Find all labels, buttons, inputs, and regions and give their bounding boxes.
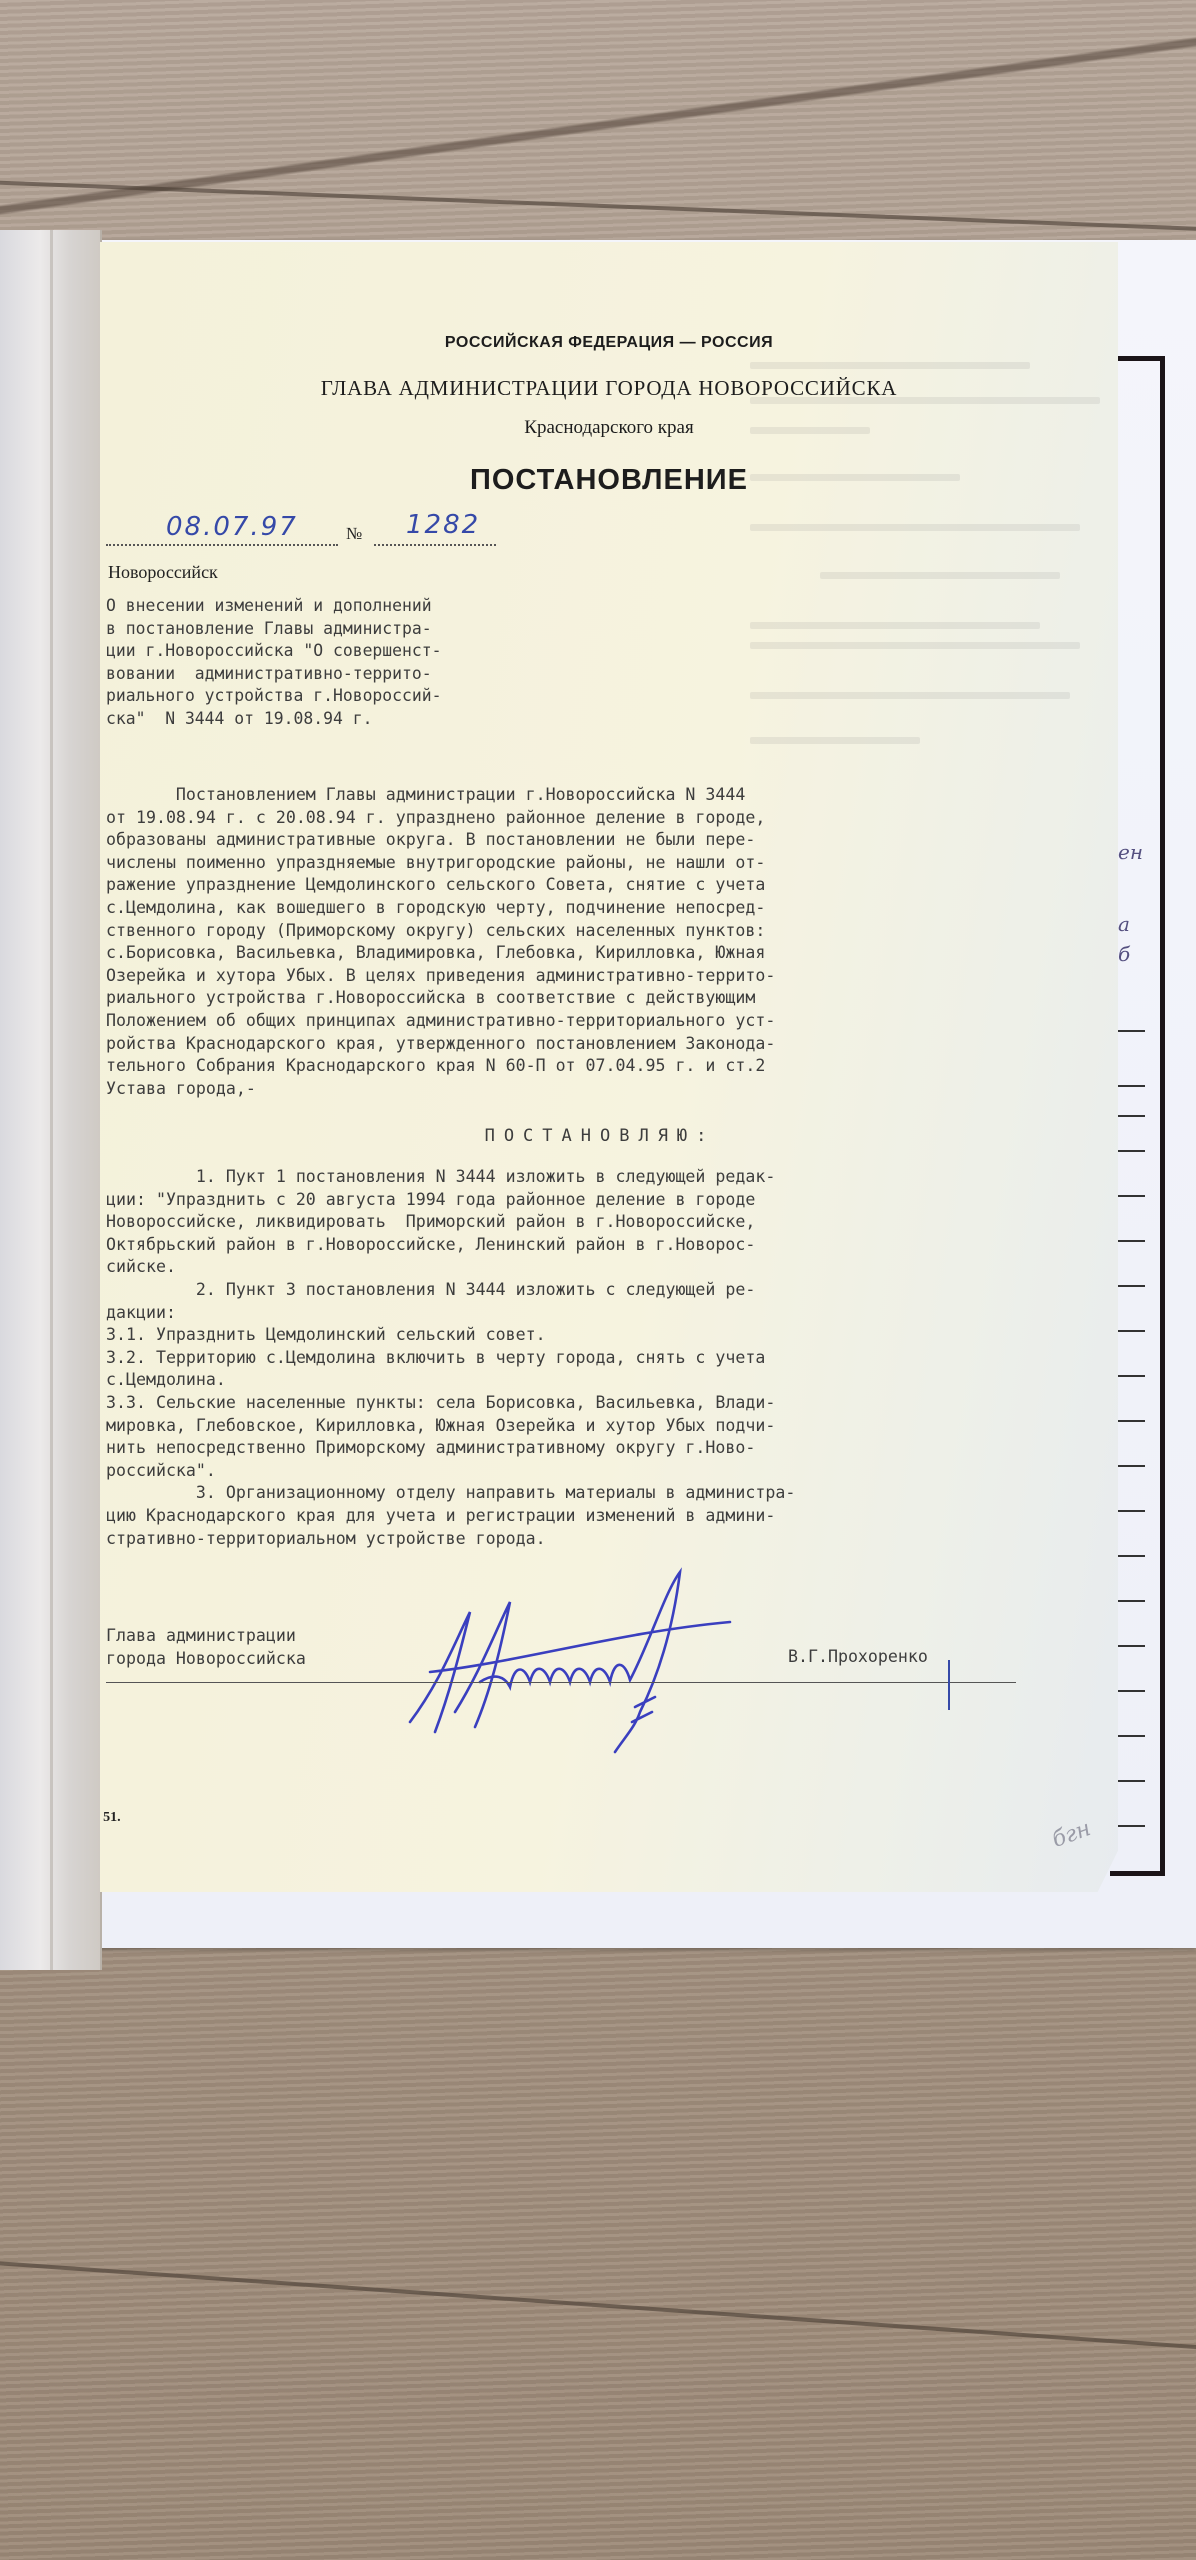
margin-handwriting: б: [1118, 942, 1130, 966]
binding-strip: [0, 230, 102, 1970]
show-through-text: [750, 622, 1040, 629]
document-type-title: ПОСТАНОВЛЕНИЕ: [100, 464, 1118, 497]
show-through-text: [750, 642, 1080, 649]
show-through-text: [820, 572, 1060, 579]
signatory-name: В.Г.Прохоренко: [788, 1647, 928, 1666]
margin-handwriting: а: [1118, 912, 1130, 936]
signatory-title: Глава администрации города Новороссийска: [106, 1624, 306, 1670]
show-through-text: [750, 737, 920, 744]
header-authority: ГЛАВА АДМИНИСТРАЦИИ ГОРОДА НОВОРОССИЙСКА: [100, 376, 1118, 401]
show-through-text: [750, 692, 1070, 699]
resolve-heading: ПОСТАНОВЛЯЮ:: [100, 1126, 1100, 1146]
show-through-text: [750, 524, 1080, 531]
date-dotted-line: [106, 544, 338, 546]
resolution-items: 1. Пукт 1 постановления N 3444 изложить …: [106, 1166, 1116, 1550]
margin-handwriting: ен: [1118, 840, 1143, 864]
number-sign: №: [346, 524, 362, 544]
preamble-text: Постановлением Главы администрации г.Нов…: [106, 784, 1116, 1100]
number-dotted-line: [374, 544, 496, 546]
show-through-text: [750, 362, 1030, 369]
header-region: Краснодарского края: [100, 417, 1118, 439]
signature-rule: [106, 1682, 1016, 1683]
pen-mark: [948, 1660, 950, 1710]
handwritten-signature-icon: [400, 1562, 740, 1762]
handwritten-date: 08.07.97: [166, 512, 298, 542]
pencil-mark: бгн: [1049, 1816, 1094, 1853]
city-name: Новороссийск: [108, 562, 218, 583]
handwritten-number: 1282: [406, 510, 480, 540]
document-subject: О внесении изменений и дополнений в пост…: [106, 595, 442, 731]
document-page: РОССИЙСКАЯ ФЕДЕРАЦИЯ — РОССИЯ ГЛАВА АДМИ…: [100, 242, 1118, 1892]
desk-plank-seam-top: [0, 180, 1196, 232]
header-country: РОССИЙСКАЯ ФЕДЕРАЦИЯ — РОССИЯ: [100, 334, 1118, 352]
date-number-line: 08.07.97 № 1282: [106, 514, 496, 548]
desk-plank-seam-bottom: [0, 2260, 1196, 2350]
